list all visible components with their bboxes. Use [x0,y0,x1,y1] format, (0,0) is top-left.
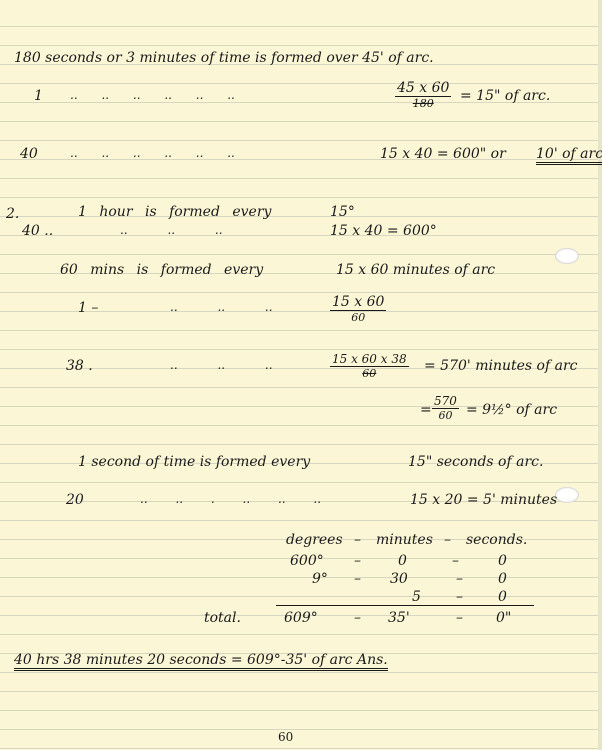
row-38-lead: 38 . [66,358,93,374]
total-dash: – [354,610,361,626]
fraction-numerator: 15 x 60 x 38 [330,352,409,367]
row-570-result: = 9½° of arc [466,402,557,418]
row-1min-lead: 1 – [78,300,98,316]
row-40-expression: 15 x 40 = 600" or [380,146,506,162]
fraction-denominator: 180 [395,97,451,110]
header-dash-1: – [354,532,361,548]
header-minutes: minutes [376,532,433,548]
row-1-result: = 15" of arc. [460,88,550,104]
row-40-lead: 40 [20,146,38,162]
page-edge [598,0,602,750]
row-1-lead: 1 [34,88,43,104]
fraction-denominator: 60 [330,367,409,380]
row-38-dots: .. .. .. [170,358,273,372]
fraction-570-over-60: 570 60 [432,394,459,422]
mins-value: 15 x 60 minutes of arc [336,262,495,278]
total-minutes: 35' [388,610,410,626]
fraction-denominator: 60 [432,409,459,422]
table-row-2-seconds: 0 [498,571,507,587]
table-row-1-seconds: 0 [498,553,507,569]
fraction-denominator: 60 [330,311,386,324]
fraction-45x60-over-180: 45 x 60 180 [395,80,451,110]
fraction-numerator: 570 [432,394,459,409]
table-row-2-minutes: 30 [390,571,408,587]
hour-value: 15° [330,204,355,220]
page-number: 60 [278,730,293,744]
statement-180-seconds: 180 seconds or 3 minutes of time is form… [14,50,434,66]
table-row-1-degrees: 600° [290,553,324,569]
table-row-2-dash: – [354,571,361,587]
mins-statement: 60 mins is formed every [60,262,263,278]
sum-rule [276,605,534,606]
hour-statement: 1 hour is formed every [78,204,271,220]
header-degrees: degrees [286,532,343,548]
fraction-numerator: 45 x 60 [395,80,451,97]
row-40h-value: 15 x 40 = 600° [330,223,437,239]
table-row-2-degrees: 9° [312,571,328,587]
table-row-3-dash: – [456,589,463,605]
total-label: total. [204,610,241,626]
row-40-dots: .. .. .. .. .. .. [70,146,235,160]
row-20-dots: .. .. . .. .. .. [140,492,321,506]
header-dash-2: – [444,532,451,548]
total-seconds: 0" [496,610,511,626]
second-statement: 1 second of time is formed every [78,454,310,470]
header-seconds: seconds. [466,532,527,548]
table-row-1-dash: – [354,553,361,569]
row-38-result: = 570' minutes of arc [424,358,577,374]
final-answer: 40 hrs 38 minutes 20 seconds = 609°-35' … [14,652,388,671]
punch-hole-bottom [555,487,579,503]
total-degrees: 609° [284,610,318,626]
table-row-3-minutes: 5 [412,589,421,605]
row-20-value: 15 x 20 = 5' minutes [410,492,557,508]
fraction-15x60-over-60: 15 x 60 60 [330,294,386,324]
punch-hole-top [555,248,579,264]
fraction-numerator: 15 x 60 [330,294,386,311]
table-row-2-dash2: – [456,571,463,587]
equals-sign: = [420,402,432,418]
row-40-answer: 10' of arc. [536,146,602,165]
table-row-1-minutes: 0 [398,553,407,569]
row-40h-dots: .. .. .. [120,223,223,237]
row-20-lead: 20 [66,492,84,508]
table-row-1-dash2: – [452,553,459,569]
total-dash2: – [456,610,463,626]
row-1-dots: .. .. .. .. .. .. [70,88,235,102]
row-40h-lead: 40 .. [22,223,53,239]
table-row-3-seconds: 0 [498,589,507,605]
fraction-15x60x38-over-60: 15 x 60 x 38 60 [330,352,409,380]
row-1min-dots: .. .. .. [170,300,273,314]
section-2-label: 2. [6,206,19,222]
second-value: 15" seconds of arc. [408,454,543,470]
notebook-page: 180 seconds or 3 minutes of time is form… [0,0,602,750]
